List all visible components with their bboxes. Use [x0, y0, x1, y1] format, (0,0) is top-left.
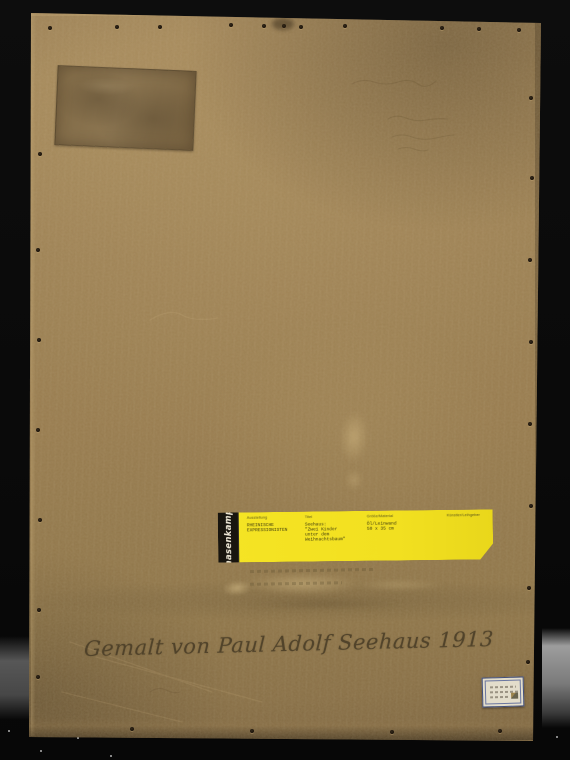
- column-header: Ausstellung: [247, 515, 288, 520]
- label-column-ausstellung: Ausstellung RHEINISCHE EXPRESSIONISTEN: [247, 515, 288, 533]
- column-line: Weihnachtsbaum": [305, 537, 346, 542]
- label-content: Ausstellung RHEINISCHE EXPRESSIONISTEN T…: [239, 509, 494, 562]
- exhibition-transport-label: hasenkamp Ausstellung RHEINISCHE EXPRESS…: [218, 509, 494, 562]
- background-shadow-band-left: [0, 636, 31, 720]
- column-line: EXPRESSIONISTEN: [247, 527, 288, 532]
- dust-speck: [110, 755, 112, 757]
- abrasion-patch: [340, 578, 458, 592]
- painting-back-panel: hasenkamp Ausstellung RHEINISCHE EXPRESS…: [0, 0, 570, 760]
- inventory-label-microtext: [490, 686, 516, 689]
- label-removal-abrasion: [220, 562, 470, 614]
- column-header: Größe/Material: [367, 513, 397, 518]
- background-shadow-band-right: [542, 628, 570, 728]
- stain-mark: [334, 403, 375, 471]
- dust-speck: [556, 736, 558, 738]
- abrasion-patch: [217, 576, 257, 600]
- label-column-titel: Titel Seehaus: "Zwei Kinder unter dem We…: [305, 514, 346, 542]
- column-header: Künstler/Leihgeber: [447, 512, 480, 517]
- inscription-text: Gemalt von Paul Adolf Seehaus 1913: [84, 627, 495, 661]
- inventory-label: [482, 676, 525, 707]
- hasenkamp-logo-text: hasenkamp: [223, 509, 234, 567]
- column-header: Titel: [305, 514, 346, 519]
- hasenkamp-logo-tab: hasenkamp: [218, 512, 240, 562]
- dust-speck: [40, 750, 42, 752]
- label-column-groesse-material: Größe/Material Öl/Leinwand 50 x 35 cm: [367, 513, 397, 531]
- inventory-label-microtext: [490, 696, 508, 699]
- column-line: 50 x 35 cm: [367, 526, 397, 531]
- abrasion-shadow: [224, 600, 424, 609]
- inventory-label-stamp: [511, 693, 518, 699]
- stain-mark: [342, 466, 366, 494]
- photo-backdrop: hasenkamp Ausstellung RHEINISCHE EXPRESS…: [0, 0, 570, 760]
- dust-speck: [8, 730, 10, 732]
- label-column-kuenstler-leihgeber: Künstler/Leihgeber: [447, 512, 480, 520]
- artist-inscription: Gemalt von Paul Adolf Seehaus 1913: [84, 632, 484, 674]
